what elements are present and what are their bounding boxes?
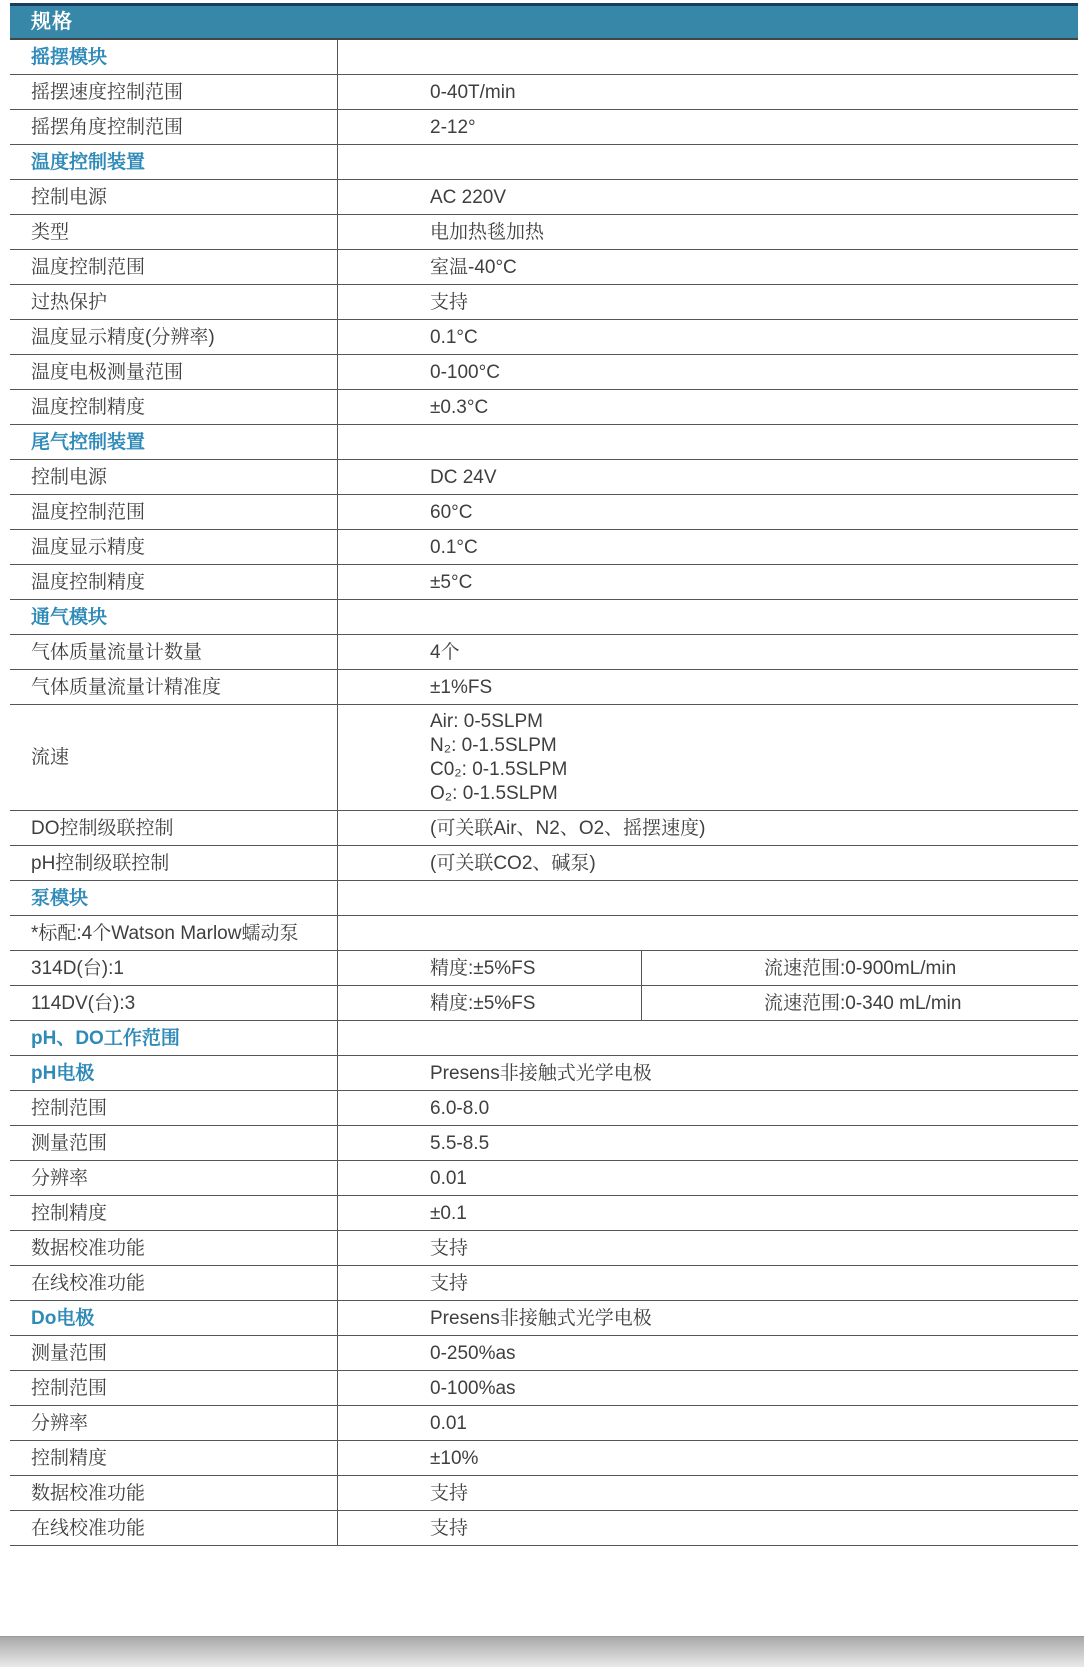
spec-value: 0-250%as	[338, 1336, 1078, 1370]
spec-value: 0-100°C	[338, 355, 1078, 389]
spec-row: 温度显示精度0.1°C	[10, 530, 1078, 565]
spec-value: 支持	[338, 1231, 1078, 1265]
spec-label: 控制精度	[10, 1196, 338, 1230]
spec-label: 类型	[10, 215, 338, 249]
section-label: Do电极	[10, 1301, 338, 1335]
spec-row: 控制电源AC 220V	[10, 180, 1078, 215]
spec-row: 温度控制精度±0.3°C	[10, 390, 1078, 425]
spec-row: 摇摆速度控制范围0-40T/min	[10, 75, 1078, 110]
spec-value: ±1%FS	[338, 670, 1078, 704]
spec-value: ±0.1	[338, 1196, 1078, 1230]
spec-row: 温度控制范围室温-40°C	[10, 250, 1078, 285]
spec-row: 气体质量流量计精准度±1%FS	[10, 670, 1078, 705]
spec-label: 气体质量流量计精准度	[10, 670, 338, 704]
spec-value: 0-40T/min	[338, 75, 1078, 109]
spec-label: 在线校准功能	[10, 1266, 338, 1300]
spec-value	[338, 425, 1078, 459]
spec-value: 支持	[338, 1266, 1078, 1300]
spec-label: 在线校准功能	[10, 1511, 338, 1545]
spec-label: *标配:4个Watson Marlow蠕动泵	[10, 916, 338, 950]
spec-value-2: 流速范围:0-340 mL/min	[642, 986, 1078, 1020]
spec-value: (可关联CO2、碱泵)	[338, 846, 1078, 880]
section-row: 通气模块	[10, 600, 1078, 635]
spec-label: 控制范围	[10, 1371, 338, 1405]
spec-value	[338, 145, 1078, 179]
spec-label: 流速	[10, 705, 338, 810]
table-header: 规格	[10, 3, 1078, 40]
spec-row: pH控制级联控制(可关联CO2、碱泵)	[10, 846, 1078, 881]
spec-label: 数据校准功能	[10, 1231, 338, 1265]
spec-value	[338, 40, 1078, 74]
spec-value: 0.1°C	[338, 320, 1078, 354]
spec-row: 在线校准功能支持	[10, 1511, 1078, 1546]
spec-value: 0.01	[338, 1406, 1078, 1440]
spec-value: 支持	[338, 1476, 1078, 1510]
spec-row: 类型电加热毯加热	[10, 215, 1078, 250]
spec-value: ±5°C	[338, 565, 1078, 599]
spec-rows-container: 摇摆模块摇摆速度控制范围0-40T/min摇摆角度控制范围2-12°温度控制装置…	[10, 40, 1078, 1546]
spec-label: 114DV(台):3	[10, 986, 338, 1020]
section-row: Do电极Presens非接触式光学电极	[10, 1301, 1078, 1336]
spec-row: 数据校准功能支持	[10, 1476, 1078, 1511]
spec-label: 摇摆角度控制范围	[10, 110, 338, 144]
section-row: 尾气控制装置	[10, 425, 1078, 460]
spec-label: DO控制级联控制	[10, 811, 338, 845]
section-row: 泵模块	[10, 881, 1078, 916]
spec-label: 温度显示精度(分辨率)	[10, 320, 338, 354]
spec-value: 0-100%as	[338, 1371, 1078, 1405]
spec-value	[338, 1021, 1078, 1055]
spec-row: 控制精度±0.1	[10, 1196, 1078, 1231]
spec-row: 气体质量流量计数量4个	[10, 635, 1078, 670]
spec-label: 气体质量流量计数量	[10, 635, 338, 669]
spec-label: 温度显示精度	[10, 530, 338, 564]
spec-value: Presens非接触式光学电极	[338, 1056, 1078, 1090]
spec-value	[338, 881, 1078, 915]
spec-value: 精度:±5%FS	[338, 986, 642, 1020]
spec-label: 数据校准功能	[10, 1476, 338, 1510]
spec-row: 控制范围6.0-8.0	[10, 1091, 1078, 1126]
section-label: 摇摆模块	[10, 40, 338, 74]
spec-label: 过热保护	[10, 285, 338, 319]
spec-value: ±0.3°C	[338, 390, 1078, 424]
spec-row: DO控制级联控制(可关联Air、N2、O2、摇摆速度)	[10, 811, 1078, 846]
spec-value: 0.01	[338, 1161, 1078, 1195]
spec-value: 0.1°C	[338, 530, 1078, 564]
spec-label: 314D(台):1	[10, 951, 338, 985]
spec-label: 摇摆速度控制范围	[10, 75, 338, 109]
spec-value: AC 220V	[338, 180, 1078, 214]
spec-row: 温度电极测量范围0-100°C	[10, 355, 1078, 390]
spec-row: 测量范围0-250%as	[10, 1336, 1078, 1371]
spec-label: 温度控制范围	[10, 495, 338, 529]
spec-value-line: N₂: 0-1.5SLPM	[430, 734, 1078, 758]
spec-label: 分辨率	[10, 1406, 338, 1440]
spec-row: 过热保护支持	[10, 285, 1078, 320]
section-label: pH、DO工作范围	[10, 1021, 338, 1055]
spec-value-line: C0₂: 0-1.5SLPM	[430, 758, 1078, 782]
spec-value-2: 流速范围:0-900mL/min	[642, 951, 1078, 985]
spec-value: 支持	[338, 285, 1078, 319]
spec-value: 室温-40°C	[338, 250, 1078, 284]
spec-label: 温度控制范围	[10, 250, 338, 284]
spec-row: 流速Air: 0-5SLPMN₂: 0-1.5SLPMC0₂: 0-1.5SLP…	[10, 705, 1078, 811]
spec-row: 温度显示精度(分辨率)0.1°C	[10, 320, 1078, 355]
spec-row: 测量范围5.5-8.5	[10, 1126, 1078, 1161]
spec-value: 4个	[338, 635, 1078, 669]
spec-label: 控制范围	[10, 1091, 338, 1125]
spec-label: 温度电极测量范围	[10, 355, 338, 389]
spec-row: 温度控制范围60°C	[10, 495, 1078, 530]
spec-label: 控制精度	[10, 1441, 338, 1475]
spec-row: 控制精度±10%	[10, 1441, 1078, 1476]
section-row: pH电极Presens非接触式光学电极	[10, 1056, 1078, 1091]
section-label: 通气模块	[10, 600, 338, 634]
section-label: 尾气控制装置	[10, 425, 338, 459]
spec-row: *标配:4个Watson Marlow蠕动泵	[10, 916, 1078, 951]
spec-value-line: Air: 0-5SLPM	[430, 710, 1078, 734]
spec-value	[338, 916, 1078, 950]
spec-label: 控制电源	[10, 180, 338, 214]
spec-row: 摇摆角度控制范围2-12°	[10, 110, 1078, 145]
spec-row: 分辨率0.01	[10, 1161, 1078, 1196]
spec-value: 5.5-8.5	[338, 1126, 1078, 1160]
spec-value: 6.0-8.0	[338, 1091, 1078, 1125]
spec-row: 314D(台):1精度:±5%FS流速范围:0-900mL/min	[10, 951, 1078, 986]
spec-label: pH控制级联控制	[10, 846, 338, 880]
spec-label: 温度控制精度	[10, 565, 338, 599]
spec-label: 控制电源	[10, 460, 338, 494]
spec-label: 温度控制精度	[10, 390, 338, 424]
spec-value-line: O₂: 0-1.5SLPM	[430, 782, 1078, 806]
spec-row: 控制范围0-100%as	[10, 1371, 1078, 1406]
spec-value: ±10%	[338, 1441, 1078, 1475]
spec-value: (可关联Air、N2、O2、摇摆速度)	[338, 811, 1078, 845]
spec-value: 电加热毯加热	[338, 215, 1078, 249]
spec-row: 温度控制精度±5°C	[10, 565, 1078, 600]
spec-row: 分辨率0.01	[10, 1406, 1078, 1441]
section-row: pH、DO工作范围	[10, 1021, 1078, 1056]
spec-label: 分辨率	[10, 1161, 338, 1195]
page-footer-bar	[0, 1636, 1084, 1667]
section-label: pH电极	[10, 1056, 338, 1090]
spec-label: 测量范围	[10, 1336, 338, 1370]
table-title: 规格	[31, 11, 73, 33]
spec-value	[338, 600, 1078, 634]
spec-value: Presens非接触式光学电极	[338, 1301, 1078, 1335]
spec-row: 在线校准功能支持	[10, 1266, 1078, 1301]
section-label: 泵模块	[10, 881, 338, 915]
spec-value: 精度:±5%FS	[338, 951, 642, 985]
spec-label: 测量范围	[10, 1126, 338, 1160]
spec-table: 规格 摇摆模块摇摆速度控制范围0-40T/min摇摆角度控制范围2-12°温度控…	[10, 3, 1078, 1546]
spec-value: Air: 0-5SLPMN₂: 0-1.5SLPMC0₂: 0-1.5SLPMO…	[338, 705, 1078, 810]
spec-value: 支持	[338, 1511, 1078, 1545]
section-row: 温度控制装置	[10, 145, 1078, 180]
section-label: 温度控制装置	[10, 145, 338, 179]
spec-row: 数据校准功能支持	[10, 1231, 1078, 1266]
spec-value: 2-12°	[338, 110, 1078, 144]
spec-row: 控制电源DC 24V	[10, 460, 1078, 495]
spec-value: DC 24V	[338, 460, 1078, 494]
spec-row: 114DV(台):3精度:±5%FS流速范围:0-340 mL/min	[10, 986, 1078, 1021]
spec-value: 60°C	[338, 495, 1078, 529]
section-row: 摇摆模块	[10, 40, 1078, 75]
